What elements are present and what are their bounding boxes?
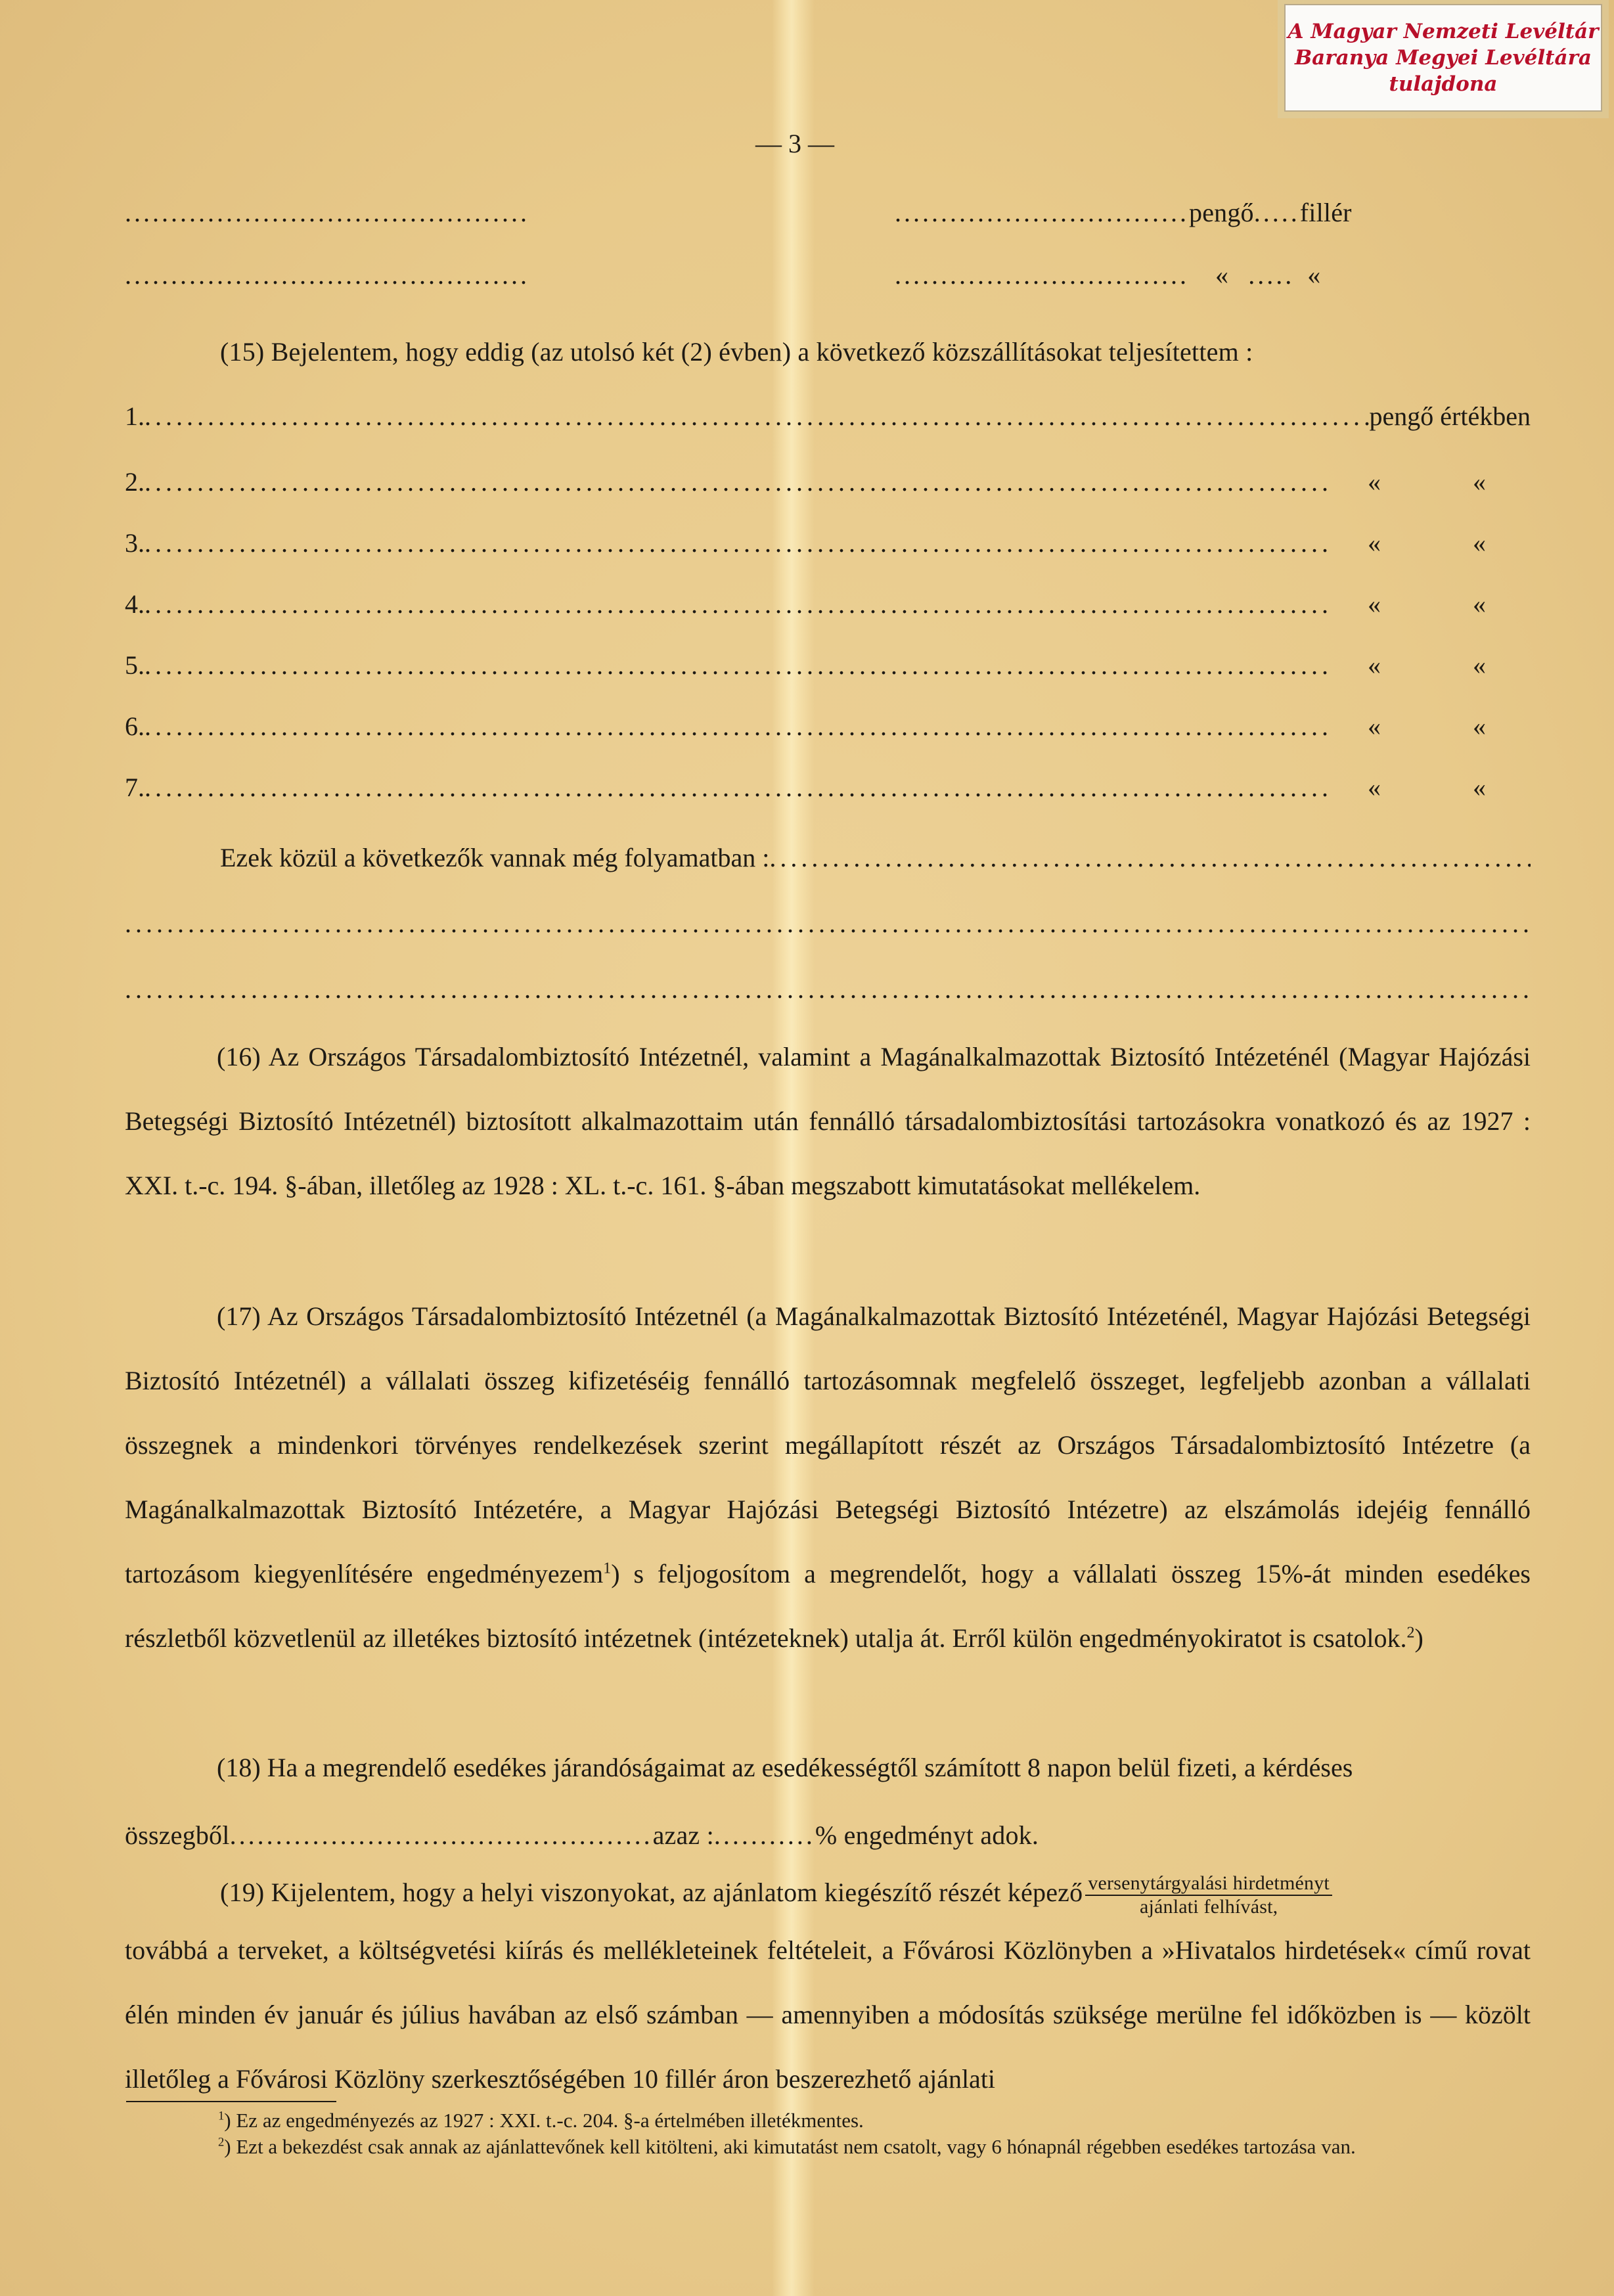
in-progress-fill-dots: ........................................… (769, 842, 1531, 873)
ditto-mark: « (1473, 466, 1486, 497)
top-line-1-right: ................................pengő...… (895, 197, 1352, 228)
section-19-text-rest: továbbá a terveket, a költségvetési kiír… (125, 1935, 1531, 2094)
footnote-2-text: ) Ezt a bekezdést csak annak az ajánlatt… (224, 2135, 1355, 2158)
delivery-item-6: 6. .....................................… (125, 711, 1327, 742)
ditto-mark: « (1368, 772, 1381, 803)
item-fill-dots: ........................................… (145, 528, 1327, 558)
footnote-1: 1) Ez az engedményezés az 1927 : XXI. t.… (126, 2107, 1532, 2134)
section-19-text-start: (19) Kijelentem, hogy a helyi viszonyoka… (220, 1878, 1083, 1907)
stamp-line-2: Baranya Megyei Levéltára (1286, 45, 1601, 71)
item-number: 6. (125, 711, 145, 742)
ditto-mark: « (1473, 528, 1486, 558)
ditto-mark: « (1473, 711, 1486, 742)
item-number: 3. (125, 528, 145, 558)
top-line-2-ditto-1: « (1215, 260, 1228, 290)
footnote-ref-2[interactable]: 2 (1407, 1625, 1415, 1642)
fraction-option-top: versenytárgyalási hirdetményt (1085, 1872, 1332, 1896)
section-18-paragraph: (18) Ha a megrendelő esedékes járandóság… (125, 1736, 1531, 1800)
delivery-item-3: 3. .....................................… (125, 528, 1327, 558)
ditto-mark: « (1368, 528, 1381, 558)
footnote-2: 2) Ezt a bekezdést csak annak az ajánlat… (126, 2134, 1532, 2160)
section-18-discount-line: összegből...............................… (125, 1820, 1039, 1851)
item-fill-dots: ........................................… (145, 589, 1327, 619)
ditto-mark: « (1473, 650, 1486, 681)
section-17-paragraph: (17) Az Országos Társadalombiztosító Int… (125, 1284, 1531, 1671)
footnote-1-mark: 1 (218, 2109, 224, 2123)
top-line-1-mid-dots: ..... (1254, 198, 1300, 227)
section-15-heading: (15) Bejelentem, hogy eddig (az utolsó k… (220, 336, 1253, 367)
item-number: 5. (125, 650, 145, 681)
page-number: — 3 — (755, 128, 834, 159)
item-fill-dots: ........................................… (145, 401, 1370, 432)
ditto-mark: « (1368, 650, 1381, 681)
top-line-2-right-dots: ................................ (895, 260, 1189, 290)
in-progress-line: Ezek közül a következők vannak még folya… (220, 842, 1531, 873)
announcement-type-fraction: versenytárgyalási hirdetménytajánlati fe… (1085, 1872, 1332, 1918)
discount-amount-label: összegből (125, 1820, 230, 1850)
item-fill-dots: ........................................… (145, 711, 1327, 742)
item-number: 1. (125, 401, 145, 432)
in-progress-blank-line-2: ........................................… (125, 974, 1531, 1004)
footnote-2-mark: 2 (218, 2136, 224, 2150)
in-progress-blank-line-1: ........................................… (125, 908, 1531, 939)
ditto-mark: « (1473, 589, 1486, 619)
stamp-line-3: tulajdona (1286, 71, 1601, 97)
section-18-text: (18) Ha a megrendelő esedékes járandóság… (217, 1753, 1353, 1782)
discount-percent-label: azaz : (653, 1820, 714, 1850)
item-fill-dots: ........................................… (145, 466, 1327, 497)
delivery-item-1: 1. .....................................… (125, 401, 1531, 432)
item-number: 2. (125, 466, 145, 497)
blank-fill-dots: ........................................… (125, 908, 1531, 939)
section-19-paragraph: továbbá a terveket, a költségvetési kiír… (125, 1918, 1531, 2111)
item-suffix: pengő értékben (1370, 401, 1531, 432)
top-line-2-ditto-2: « (1307, 260, 1320, 290)
section-17-text-c: ) (1415, 1623, 1423, 1653)
item-number: 7. (125, 772, 145, 803)
top-line-1-unit-pengo: pengő (1189, 198, 1254, 227)
discount-amount-field: ........................................… (230, 1820, 653, 1850)
item-number: 4. (125, 589, 145, 619)
in-progress-label: Ezek közül a következők vannak még folya… (220, 842, 769, 873)
top-line-1-right-dots: ................................ (895, 198, 1189, 227)
item-fill-dots: ........................................… (145, 650, 1327, 681)
footnote-ref-1[interactable]: 1 (603, 1560, 611, 1577)
top-line-1-left-dots: ........................................… (125, 197, 529, 228)
archive-ownership-stamp: A Magyar Nemzeti Levéltár Baranya Megyei… (1284, 4, 1602, 112)
ditto-mark: « (1368, 711, 1381, 742)
section-16-paragraph: (16) Az Országos Társadalombiztosító Int… (125, 1025, 1531, 1218)
ditto-mark: « (1473, 772, 1486, 803)
section-16-text: (16) Az Országos Társadalombiztosító Int… (125, 1042, 1531, 1200)
footnote-separator (126, 2101, 336, 2102)
blank-fill-dots: ........................................… (125, 974, 1531, 1004)
discount-percent-field: ........... (714, 1820, 815, 1850)
delivery-item-2: 2. .....................................… (125, 466, 1327, 497)
delivery-item-5: 5. .....................................… (125, 650, 1327, 681)
discount-suffix: % engedményt adok. (815, 1820, 1039, 1850)
top-line-2-left-dots: ........................................… (125, 259, 529, 290)
section-17-text-a: (17) Az Országos Társadalombiztosító Int… (125, 1301, 1531, 1588)
top-line-2-right: ................................«.....« (895, 259, 1320, 290)
top-line-2-mid-dots: ..... (1248, 260, 1294, 290)
fraction-option-bottom: ajánlati felhívást, (1085, 1896, 1332, 1918)
top-line-1-unit-filler: fillér (1300, 198, 1352, 227)
section-19-first-line: (19) Kijelentem, hogy a helyi viszonyoka… (220, 1872, 1332, 1918)
stamp-line-1: A Magyar Nemzeti Levéltár (1286, 18, 1601, 45)
delivery-item-4: 4. .....................................… (125, 589, 1327, 619)
ditto-mark: « (1368, 589, 1381, 619)
delivery-item-7: 7. .....................................… (125, 772, 1327, 803)
footnote-1-text: ) Ez az engedményezés az 1927 : XXI. t.-… (224, 2109, 864, 2132)
item-fill-dots: ........................................… (145, 772, 1327, 803)
ditto-mark: « (1368, 466, 1381, 497)
